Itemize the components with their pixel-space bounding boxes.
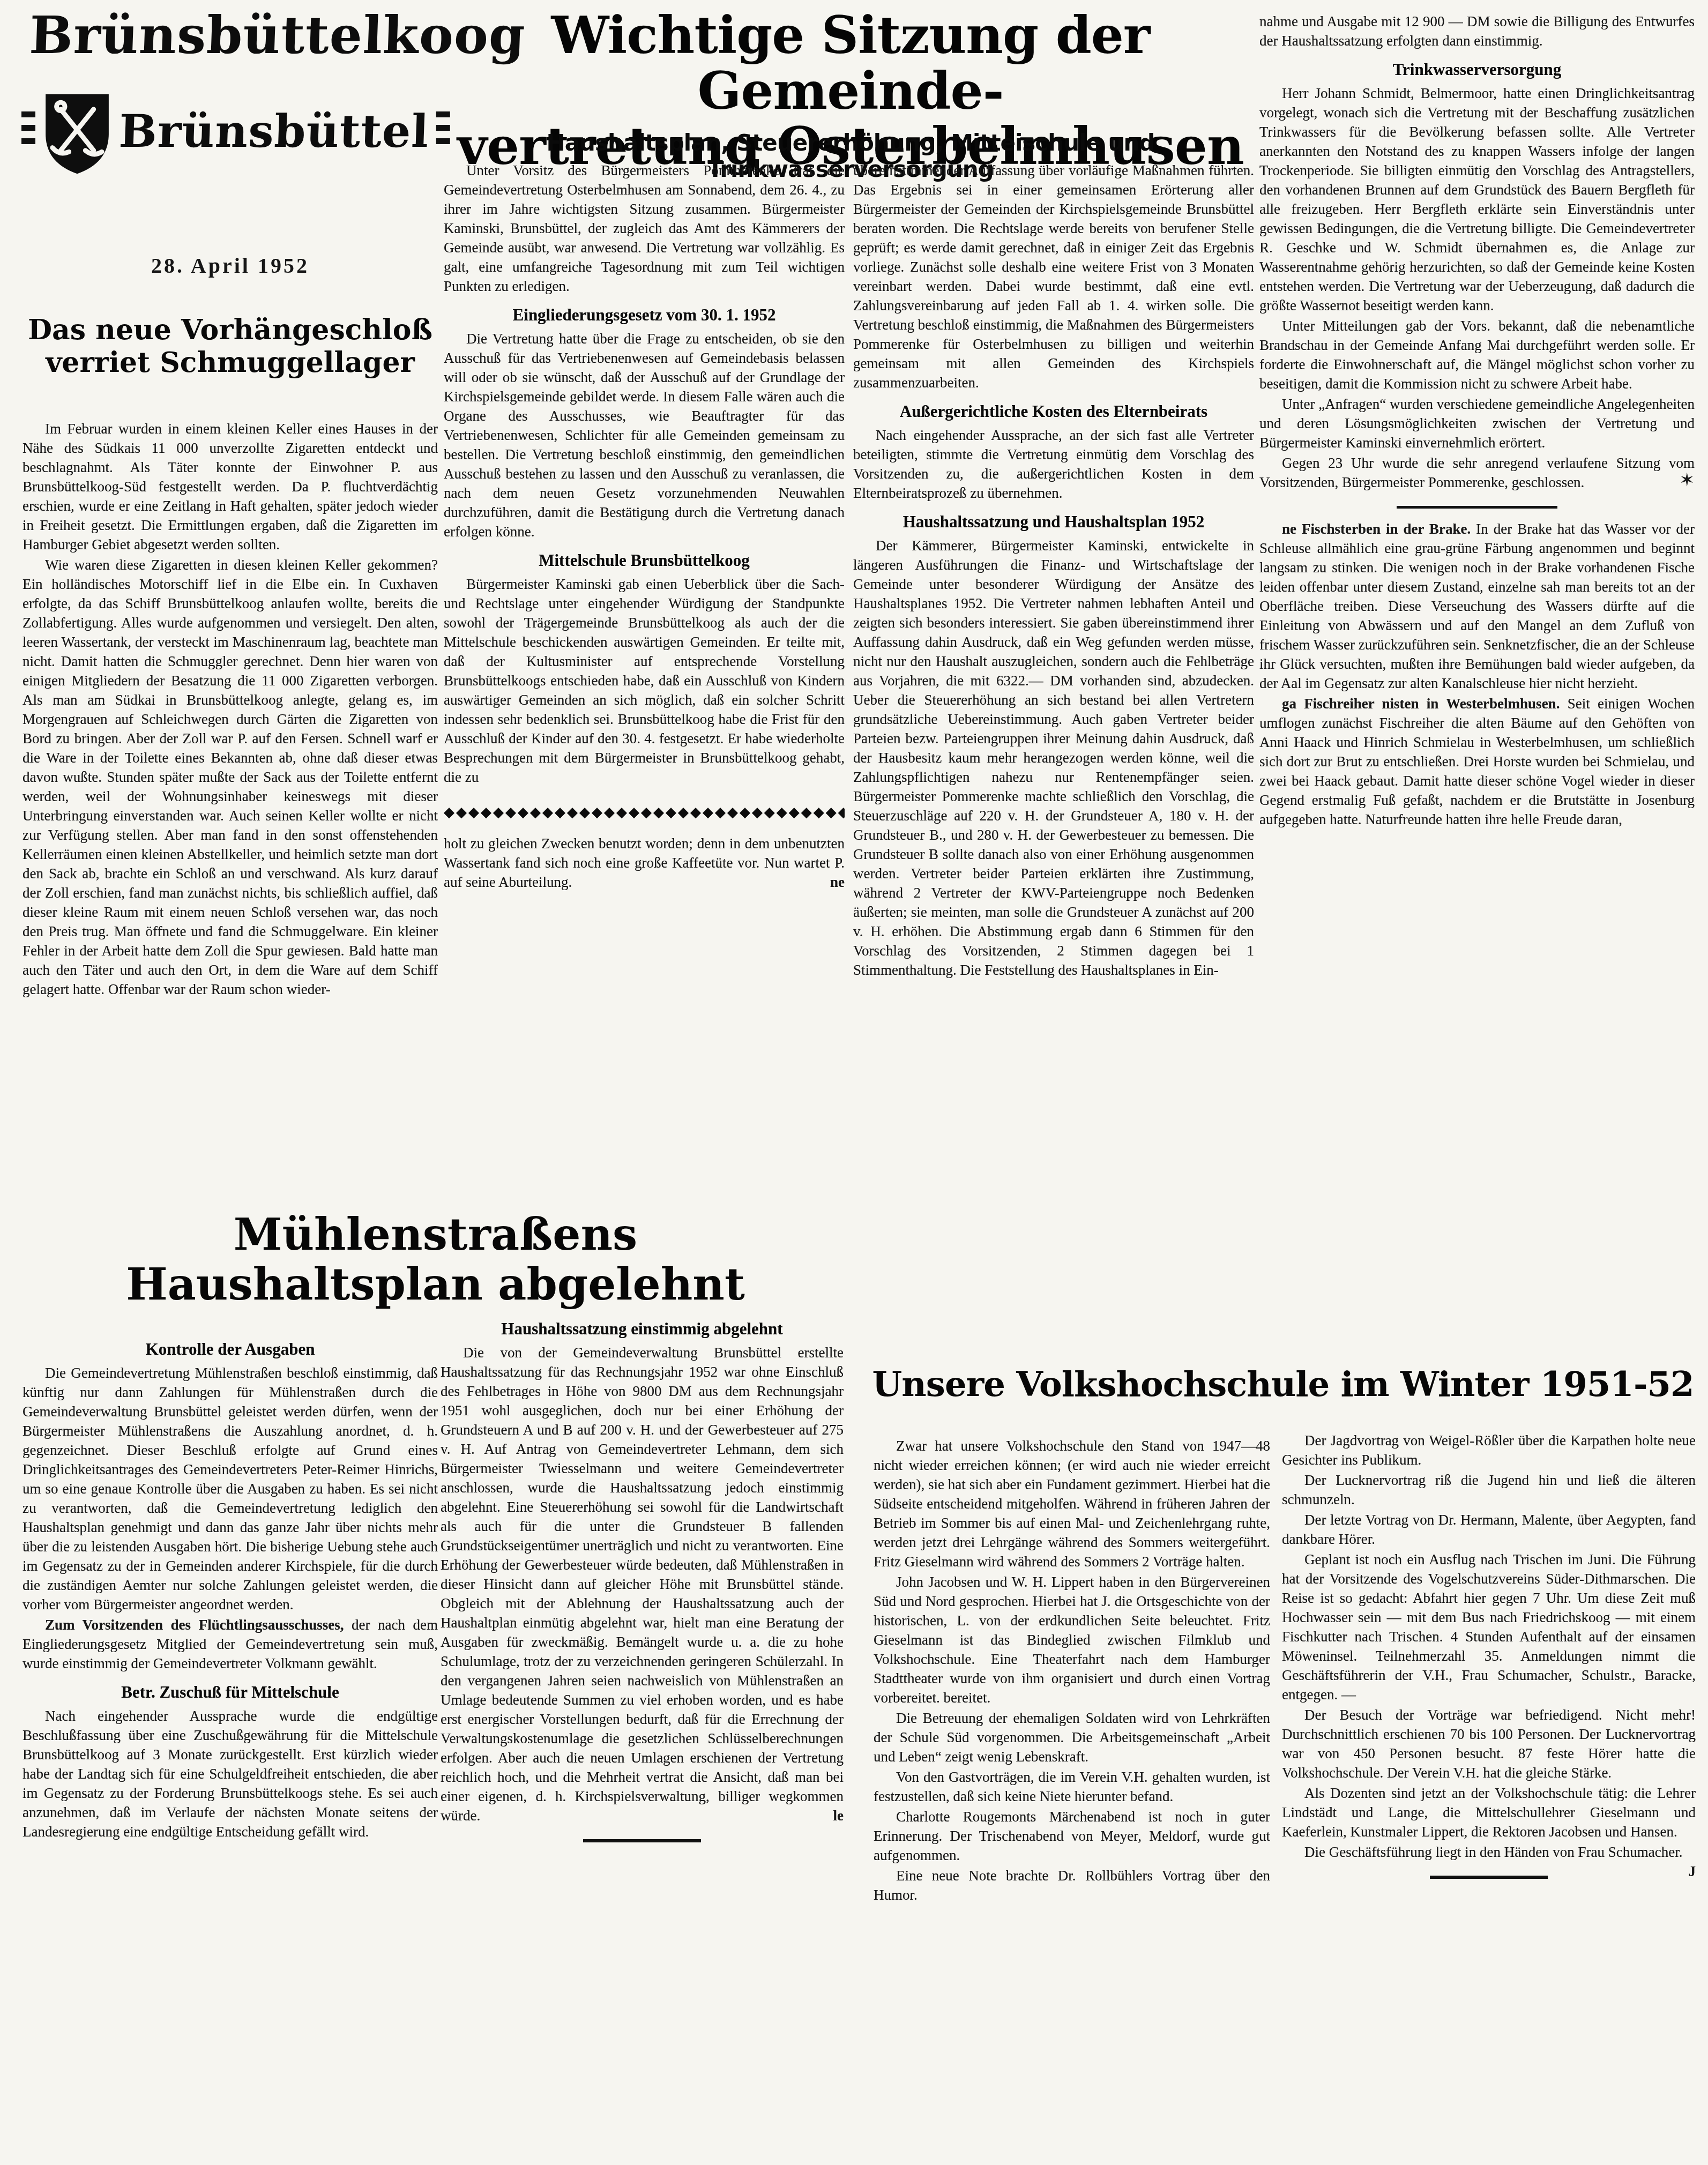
paragraph: John Jacobsen und W. H. Lippert haben in… — [874, 1572, 1270, 1707]
correspondent-sign: le — [801, 1806, 844, 1825]
coat-of-arms-icon — [43, 91, 111, 177]
issue-date: 28. April 1952 — [23, 253, 438, 278]
sitzung-column-2: übereinstimmender Auffassung über vorläu… — [853, 161, 1254, 1412]
news-item-fischsterben: ne Fischsterben in der Brake. In der Bra… — [1259, 519, 1695, 693]
paragraph: Wie waren diese Zigaretten in diesen kle… — [23, 555, 438, 999]
section-head-trinkwasser: Trinkwasserversorgung — [1259, 60, 1695, 79]
paragraph: Geplant ist noch ein Ausflug nach Trisch… — [1282, 1550, 1696, 1704]
paragraph: Als Dozenten sind jetzt an der Volkshoch… — [1282, 1783, 1696, 1841]
paragraph: Der Besuch der Vorträge war befriedigend… — [1282, 1705, 1696, 1782]
paragraph: Eine neue Note brachte Dr. Rollbühlers V… — [874, 1866, 1270, 1905]
paragraph: Unter „Anfragen“ wurden verschiedene gem… — [1259, 394, 1695, 452]
paragraph: Die Vertretung hatte über die Frage zu e… — [444, 329, 845, 541]
vhs-column-1: Zwar hat unsere Volkshochschule den Stan… — [874, 1436, 1270, 2160]
headline-line: verriet Schmuggellager — [46, 346, 415, 379]
vhs-column-2: Der Jagdvortrag von Weigel-Rößler über d… — [1282, 1431, 1696, 2160]
correspondent-sign: ne — [1282, 521, 1296, 537]
divider — [1430, 1876, 1548, 1879]
paragraph: Herr Johann Schmidt, Belmermoor, hatte e… — [1259, 84, 1695, 315]
right-column: nahme und Ausgabe mit 12 900 — DM sowie … — [1259, 12, 1695, 1394]
paragraph: Zwar hat unsere Volkshochschule den Stan… — [874, 1436, 1270, 1571]
section-head-haushaltssatzung: Haushaltssatzung und Haushaltsplan 1952 — [853, 512, 1254, 532]
section-head-zuschuss: Betr. Zuschuß für Mittelschule — [23, 1683, 438, 1702]
newspaper-page: Brünsbüttelkoog Brünsbüttel 28. April 19… — [0, 0, 1708, 2165]
news-text: Seit einigen Wochen umflogen zunächst Fi… — [1259, 696, 1695, 827]
paragraph-continuation: holt zu gleichen Zwecken benutzt worden;… — [444, 834, 845, 892]
paragraph: Nach eingehender Aussprache wurde die en… — [23, 1706, 438, 1841]
article-schmuggellager-column: Im Februar wurden in einem kleinen Kelle… — [23, 419, 438, 1154]
paragraph: Von den Gastvorträgen, die im Verein V.H… — [874, 1767, 1270, 1806]
section-head-elternbeirat: Außergerichtliche Kosten des Elternbeira… — [853, 402, 1254, 421]
section-head-haushaltssatzung-abgelehnt: Haushaltssatzung einstimmig abgelehnt — [441, 1319, 844, 1339]
divider — [583, 1839, 701, 1842]
masthead: Brünsbüttel — [21, 80, 450, 182]
paragraph-continuation: übereinstimmender Auffassung über vorläu… — [853, 161, 1254, 392]
paragraph: Die Gemeindevertretung Mühlenstraßen bes… — [23, 1363, 438, 1614]
paragraph: Im Februar wurden in einem kleinen Kelle… — [23, 419, 438, 554]
flourish-left — [21, 111, 35, 151]
end-star-icon: ✶ — [1657, 473, 1695, 489]
runin-head-fluechtlingsausschuss: Zum Vorsitzenden des Flüchtlingsausschus… — [45, 1617, 344, 1633]
news-text: In der Brake hat das Wasser vor der Schl… — [1259, 521, 1695, 691]
correspondent-sign: ga — [1282, 696, 1296, 712]
headline-line: Haushaltsplan abgelehnt — [126, 1259, 745, 1310]
headline-line: Wichtige Sitzung der Gemeinde- — [551, 5, 1150, 121]
paragraph: Gegen 23 Uhr wurde die sehr anregend ver… — [1259, 453, 1695, 492]
section-head-mittelschule: Mittelschule Brunsbüttelkoog — [444, 551, 845, 570]
diamond-separator: ◆◆◆◆◆◆◆◆◆◆◆◆◆◆◆◆◆◆◆◆◆◆◆◆◆◆◆◆◆◆◆◆◆◆◆◆◆◆◆◆… — [444, 803, 845, 822]
paragraph-continuation: nahme und Ausgabe mit 12 900 — DM sowie … — [1259, 12, 1695, 50]
headline-line: Das neue Vorhängeschloß — [28, 313, 432, 346]
paragraph: Unter Vorsitz des Bürgermeisters Pommere… — [444, 161, 845, 296]
paragraph: Zum Vorsitzenden des Flüchtlingsausschus… — [23, 1615, 438, 1673]
masthead-title-line2: Brünsbüttel — [118, 109, 429, 154]
divider — [1397, 506, 1557, 509]
paragraph: Bürgermeister Kaminski gab einen Ueberbl… — [444, 574, 845, 787]
headline-volkshochschule: Unsere Volkshochschule im Winter 1951-52 — [868, 1367, 1698, 1402]
section-head-eingliederungsgesetz: Eingliederungsgesetz vom 30. 1. 1952 — [444, 305, 845, 325]
paragraph: Unter Mitteilungen gab der Vors. bekannt… — [1259, 316, 1695, 393]
paragraph-text: Die Geschäftsführung liegt in den Händen… — [1304, 1844, 1683, 1860]
section-head-kontrolle: Kontrolle der Ausgaben — [23, 1340, 438, 1359]
headline-muehlenstrassen: Mühlenstraßens Haushaltsplan abgelehnt — [21, 1210, 849, 1309]
paragraph: Die Betreuung der ehemaligen Soldaten wi… — [874, 1708, 1270, 1766]
headline-schmuggellager: Das neue Vorhängeschloß verriet Schmugge… — [23, 313, 438, 379]
paragraph: Der Jagdvortrag von Weigel-Rößler über d… — [1282, 1431, 1696, 1469]
paragraph: Der Lucknervortrag riß die Jugend hin un… — [1282, 1470, 1696, 1509]
paragraph-text: Die von der Gemeindeverwaltung Brunsbütt… — [441, 1345, 844, 1824]
news-lead: Fischsterben in der Brake. — [1302, 521, 1471, 537]
paragraph: Der Kämmerer, Bürgermeister Kaminski, en… — [853, 536, 1254, 980]
paragraph-text: Gegen 23 Uhr wurde die sehr anregend ver… — [1259, 455, 1695, 490]
paragraph: Nach eingehender Aussprache, an der sich… — [853, 425, 1254, 503]
headline-line: Mühlenstraßens — [234, 1209, 638, 1260]
masthead-title-line1: Brünsbüttelkoog — [28, 10, 443, 61]
sitzung-column-1: Unter Vorsitz des Bürgermeisters Pommere… — [444, 161, 845, 1161]
paragraph: Die Geschäftsführung liegt in den Händen… — [1282, 1842, 1696, 1862]
muehlen-column-a: Kontrolle der Ausgaben Die Gemeindevertr… — [23, 1340, 438, 2154]
news-lead: Fischreiher nisten in Westerbelmhusen. — [1304, 696, 1560, 712]
correspondent-sign: J — [1657, 1862, 1696, 1881]
correspondent-sign: ne — [821, 872, 845, 892]
paragraph: Der letzte Vortrag von Dr. Hermann, Male… — [1282, 1510, 1696, 1549]
news-item-fischreiher: ga Fischreiher nisten in Westerbelmhusen… — [1259, 694, 1695, 829]
muehlen-column-b: Haushaltssatzung einstimmig abgelehnt Di… — [441, 1319, 844, 2161]
paragraph-text: holt zu gleichen Zwecken benutzt worden;… — [444, 835, 845, 890]
paragraph: Charlotte Rougemonts Märchenabend ist no… — [874, 1807, 1270, 1865]
paragraph: Die von der Gemeindeverwaltung Brunsbütt… — [441, 1343, 844, 1825]
